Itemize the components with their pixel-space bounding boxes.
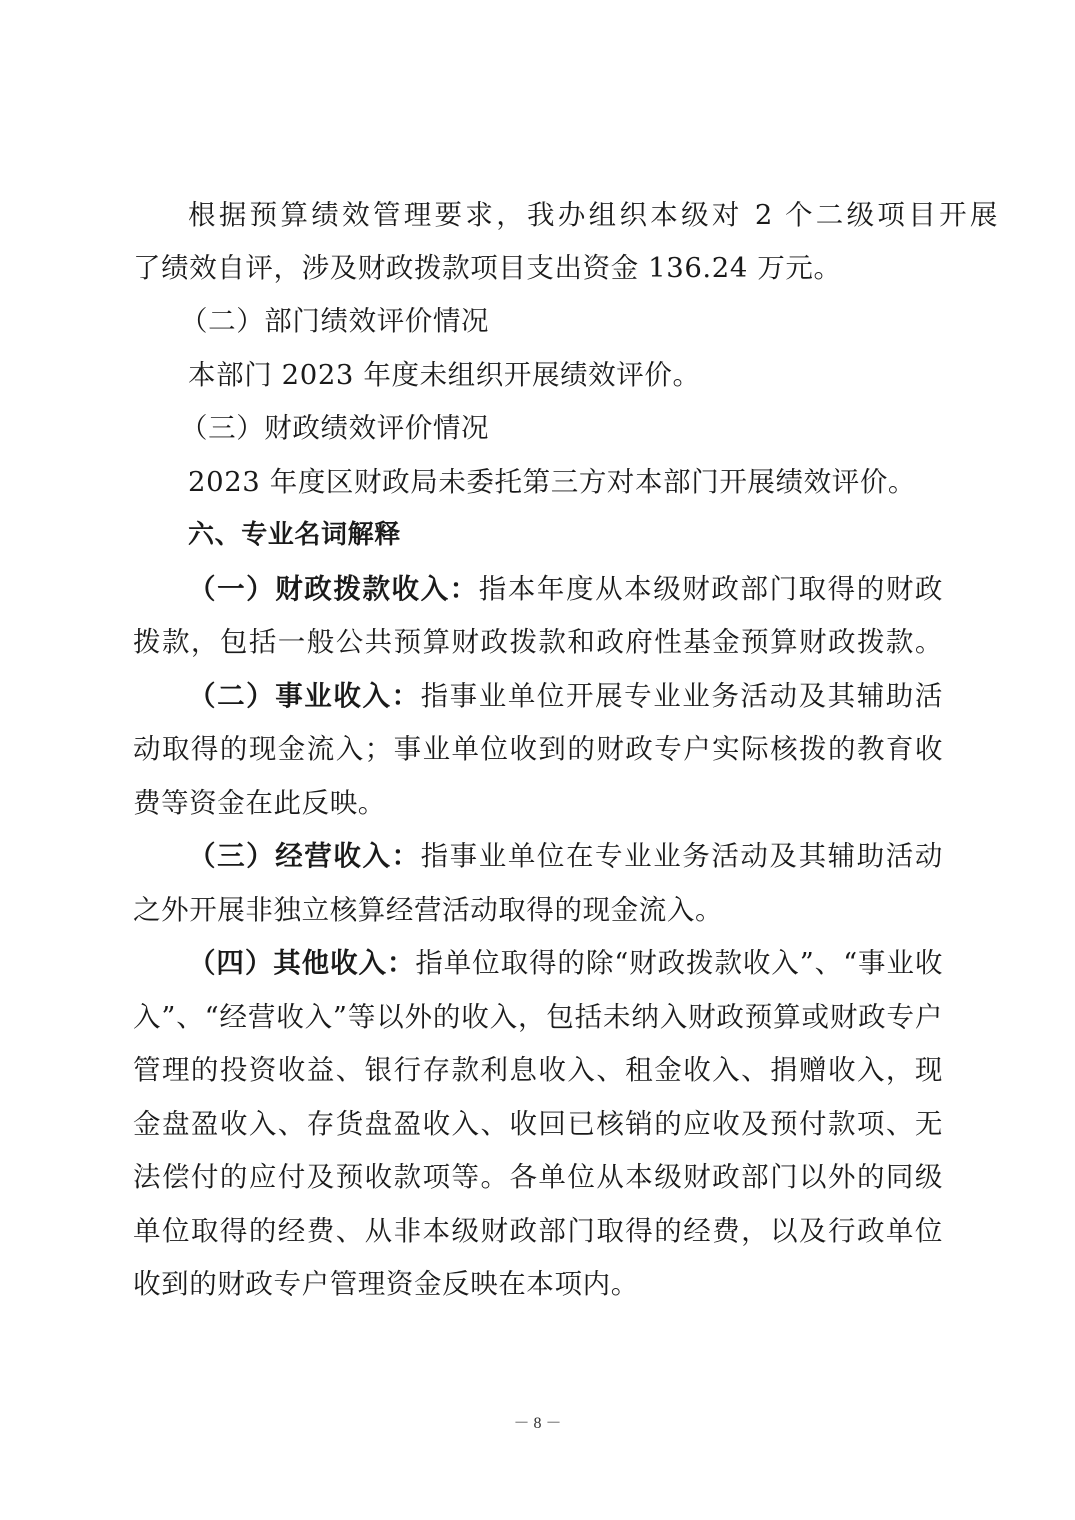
section-heading-glossary: 六、专业名词解释	[188, 517, 998, 553]
paragraph-finance-evaluation: 2023 年度区财政局未委托第三方对本部门开展绩效评价。	[188, 464, 998, 500]
glossary-term: （三）经营收入：	[188, 840, 421, 872]
glossary-item-other-income-line7: 收到的财政专户管理资金反映在本项内。	[133, 1266, 943, 1302]
page-number: － 8 －	[0, 1410, 1075, 1433]
glossary-item-other-income-line1: （四）其他收入：指单位取得的除“财政拨款收入”、“事业收	[188, 945, 943, 981]
glossary-term: （四）其他收入：	[188, 947, 415, 979]
glossary-item-fiscal-appropriation-line1: （一）财政拨款收入：指本年度从本级财政部门取得的财政	[188, 571, 943, 607]
glossary-item-other-income-line6: 单位取得的经费、从非本级财政部门取得的经费，以及行政单位	[133, 1213, 943, 1249]
glossary-item-business-income-line1: （二）事业收入：指事业单位开展专业业务活动及其辅助活	[188, 678, 943, 714]
glossary-item-other-income-line5: 法偿付的应付及预收款项等。各单位从本级财政部门以外的同级	[133, 1159, 943, 1195]
document-page: 根据预算绩效管理要求，我办组织本级对 2 个二级项目开展 了绩效自评，涉及财政拨…	[0, 0, 1075, 1520]
glossary-item-business-income-line3: 费等资金在此反映。	[133, 785, 943, 821]
subsection-heading-finance-evaluation: （三）财政绩效评价情况	[180, 410, 990, 446]
glossary-item-other-income-line2: 入”、“经营收入”等以外的收入，包括未纳入财政预算或财政专户	[133, 999, 943, 1035]
glossary-item-operating-income-line2: 之外开展非独立核算经营活动取得的现金流入。	[133, 892, 943, 928]
glossary-term: （一）财政拨款收入：	[188, 573, 479, 605]
paragraph-self-evaluation-line2: 了绩效自评，涉及财政拨款项目支出资金 136.24 万元。	[133, 250, 793, 286]
glossary-item-other-income-line4: 金盘盈收入、存货盘盈收入、收回已核销的应收及预付款项、无	[133, 1106, 943, 1142]
paragraph-department-evaluation: 本部门 2023 年度未组织开展绩效评价。	[188, 357, 998, 393]
subsection-heading-department-evaluation: （二）部门绩效评价情况	[180, 303, 990, 339]
glossary-term: （二）事业收入：	[188, 680, 421, 712]
glossary-item-fiscal-appropriation-line2: 拨款，包括一般公共预算财政拨款和政府性基金预算财政拨款。	[133, 624, 943, 660]
glossary-item-operating-income-line1: （三）经营收入：指事业单位在专业业务活动及其辅助活动	[188, 838, 943, 874]
glossary-item-business-income-line2: 动取得的现金流入；事业单位收到的财政专户实际核拨的教育收	[133, 731, 943, 767]
paragraph-self-evaluation-line1: 根据预算绩效管理要求，我办组织本级对 2 个二级项目开展	[188, 197, 998, 233]
glossary-item-other-income-line3: 管理的投资收益、银行存款利息收入、租金收入、捐赠收入，现	[133, 1052, 943, 1088]
